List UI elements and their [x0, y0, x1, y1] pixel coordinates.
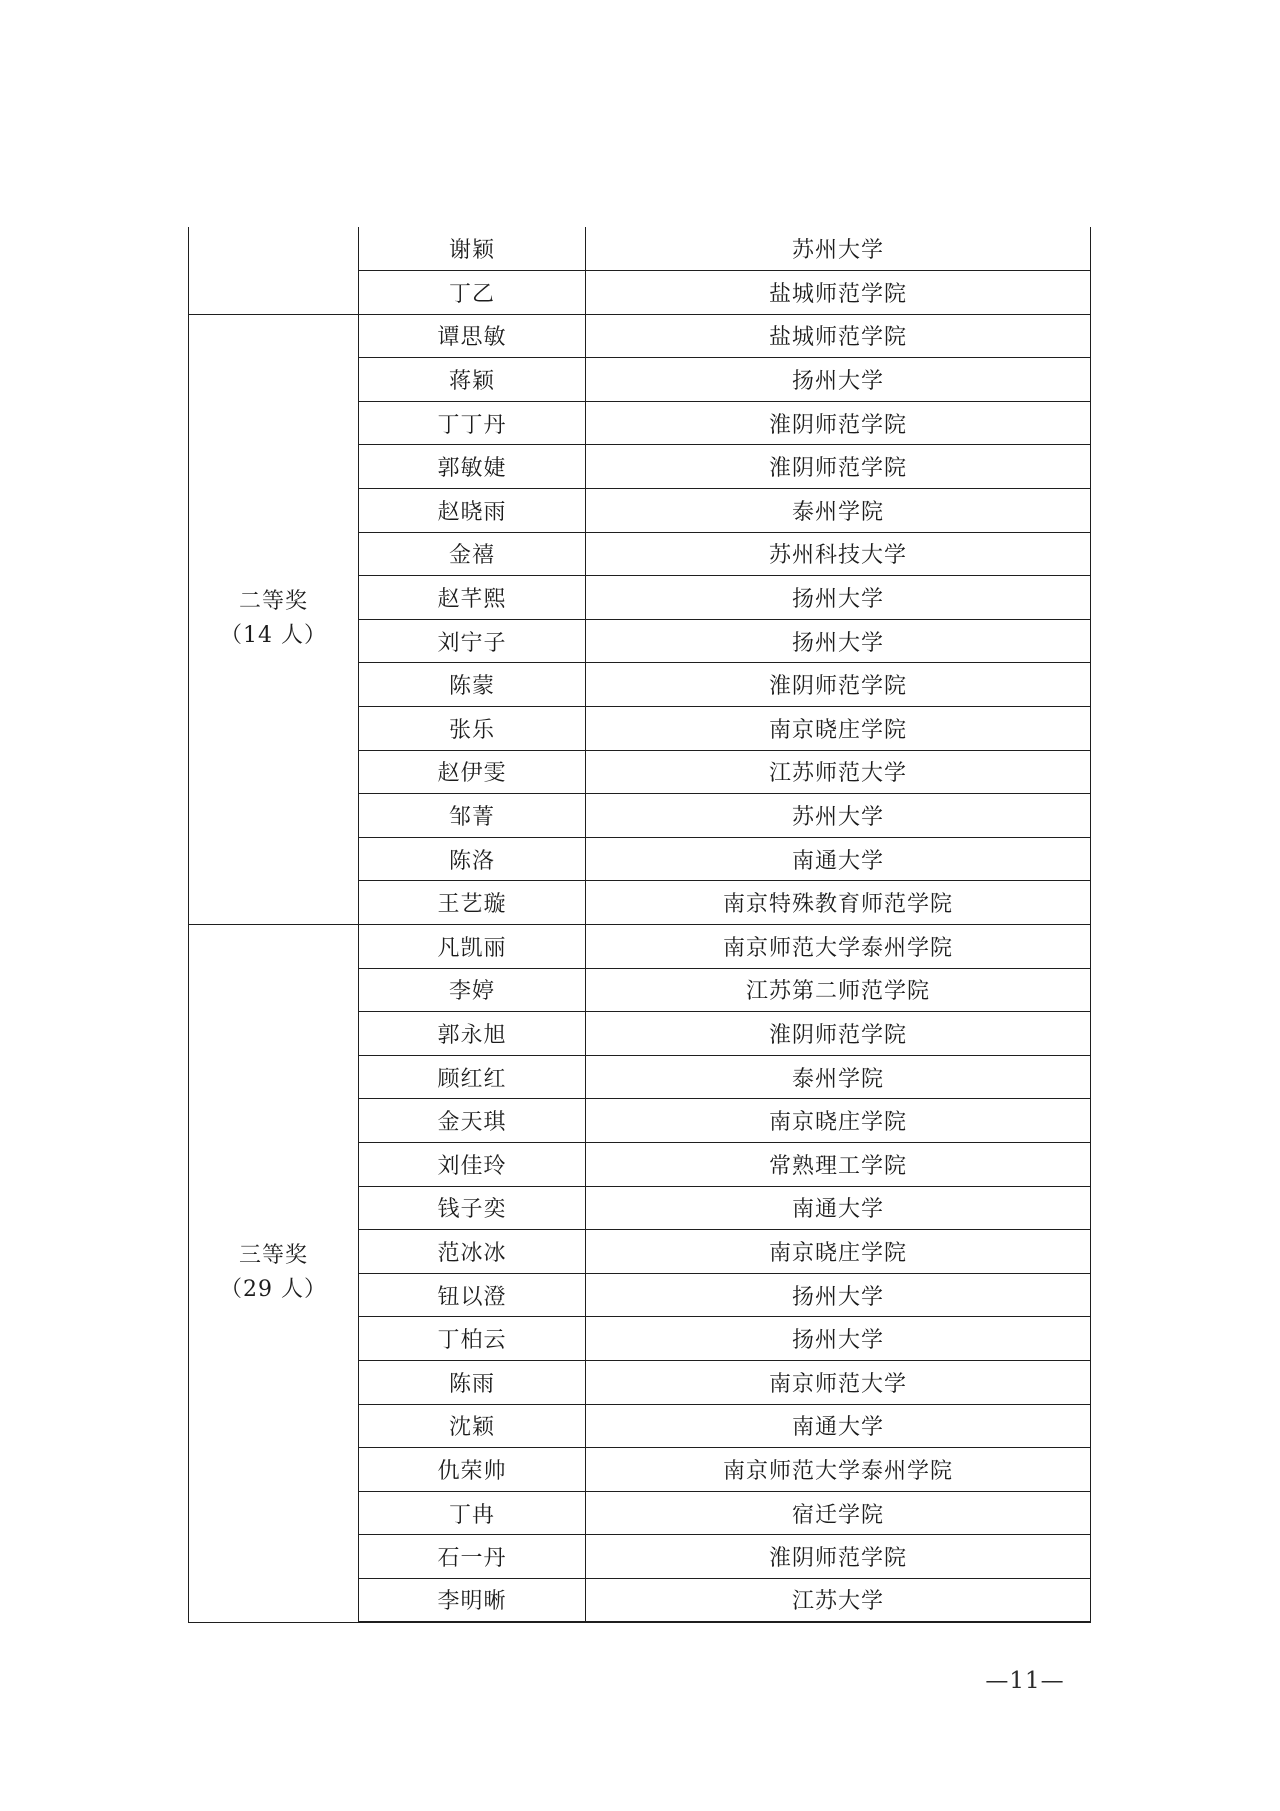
university-cell: 南通大学 [586, 1404, 1091, 1448]
university-cell: 常熟理工学院 [586, 1142, 1091, 1186]
awards-table-body: 谢颖苏州大学丁乙盐城师范学院二等奖（14 人）谭思敏盐城师范学院蒋颖扬州大学丁丁… [189, 227, 1091, 1622]
university-cell: 苏州科技大学 [586, 532, 1091, 576]
table-row: 二等奖（14 人）谭思敏盐城师范学院 [189, 314, 1091, 358]
university-cell: 盐城师范学院 [586, 271, 1091, 315]
name-cell: 钱子奕 [359, 1186, 586, 1230]
university-cell: 扬州大学 [586, 1273, 1091, 1317]
university-cell: 江苏第二师范学院 [586, 968, 1091, 1012]
university-cell: 南京师范大学 [586, 1360, 1091, 1404]
university-cell: 扬州大学 [586, 358, 1091, 402]
university-cell: 扬州大学 [586, 1317, 1091, 1361]
name-cell: 仇荣帅 [359, 1448, 586, 1492]
name-cell: 丁冉 [359, 1491, 586, 1535]
name-cell: 赵芊熙 [359, 576, 586, 620]
name-cell: 郭敏婕 [359, 445, 586, 489]
name-cell: 金禧 [359, 532, 586, 576]
award-group-cell: 三等奖（29 人） [189, 925, 359, 1623]
name-cell: 赵伊雯 [359, 750, 586, 794]
table-row: 三等奖（29 人）凡凯丽南京师范大学泰州学院 [189, 925, 1091, 969]
document-page: 谢颖苏州大学丁乙盐城师范学院二等奖（14 人）谭思敏盐城师范学院蒋颖扬州大学丁丁… [0, 0, 1280, 1811]
university-cell: 南京师范大学泰州学院 [586, 925, 1091, 969]
name-cell: 金天琪 [359, 1099, 586, 1143]
university-cell: 扬州大学 [586, 576, 1091, 620]
table-row: 谢颖苏州大学 [189, 227, 1091, 271]
name-cell: 丁柏云 [359, 1317, 586, 1361]
name-cell: 李明晰 [359, 1578, 586, 1622]
university-cell: 扬州大学 [586, 619, 1091, 663]
name-cell: 赵晓雨 [359, 489, 586, 533]
name-cell: 范冰冰 [359, 1230, 586, 1274]
university-cell: 宿迁学院 [586, 1491, 1091, 1535]
university-cell: 淮阴师范学院 [586, 401, 1091, 445]
university-cell: 南京晓庄学院 [586, 1099, 1091, 1143]
university-cell: 江苏大学 [586, 1578, 1091, 1622]
name-cell: 丁丁丹 [359, 401, 586, 445]
award-label-line: 三等奖 [189, 1239, 358, 1273]
name-cell: 王艺璇 [359, 881, 586, 925]
university-cell: 江苏师范大学 [586, 750, 1091, 794]
university-cell: 淮阴师范学院 [586, 1012, 1091, 1056]
name-cell: 沈颖 [359, 1404, 586, 1448]
university-cell: 南京师范大学泰州学院 [586, 1448, 1091, 1492]
name-cell: 张乐 [359, 707, 586, 751]
name-cell: 丁乙 [359, 271, 586, 315]
university-cell: 南通大学 [586, 1186, 1091, 1230]
university-cell: 淮阴师范学院 [586, 1535, 1091, 1579]
name-cell: 陈洛 [359, 837, 586, 881]
award-label-line: 二等奖 [189, 585, 358, 619]
university-cell: 南京晓庄学院 [586, 1230, 1091, 1274]
name-cell: 陈蒙 [359, 663, 586, 707]
award-group-cell: 二等奖（14 人） [189, 314, 359, 924]
university-cell: 南京晓庄学院 [586, 707, 1091, 751]
name-cell: 凡凯丽 [359, 925, 586, 969]
name-cell: 石一丹 [359, 1535, 586, 1579]
university-cell: 泰州学院 [586, 1055, 1091, 1099]
award-label-line: （29 人） [189, 1273, 358, 1307]
name-cell: 陈雨 [359, 1360, 586, 1404]
name-cell: 顾红红 [359, 1055, 586, 1099]
name-cell: 刘佳玲 [359, 1142, 586, 1186]
university-cell: 南通大学 [586, 837, 1091, 881]
awards-table: 谢颖苏州大学丁乙盐城师范学院二等奖（14 人）谭思敏盐城师范学院蒋颖扬州大学丁丁… [188, 227, 1091, 1623]
name-cell: 郭永旭 [359, 1012, 586, 1056]
name-cell: 蒋颖 [359, 358, 586, 402]
name-cell: 谢颖 [359, 227, 586, 271]
university-cell: 苏州大学 [586, 227, 1091, 271]
university-cell: 淮阴师范学院 [586, 445, 1091, 489]
page-number: —11— [940, 1668, 1110, 1694]
award-group-cell [189, 227, 359, 314]
university-cell: 南京特殊教育师范学院 [586, 881, 1091, 925]
name-cell: 刘宁子 [359, 619, 586, 663]
name-cell: 李婷 [359, 968, 586, 1012]
university-cell: 盐城师范学院 [586, 314, 1091, 358]
university-cell: 泰州学院 [586, 489, 1091, 533]
award-label-line: （14 人） [189, 619, 358, 653]
name-cell: 邹菁 [359, 794, 586, 838]
university-cell: 淮阴师范学院 [586, 663, 1091, 707]
name-cell: 钮以澄 [359, 1273, 586, 1317]
name-cell: 谭思敏 [359, 314, 586, 358]
university-cell: 苏州大学 [586, 794, 1091, 838]
